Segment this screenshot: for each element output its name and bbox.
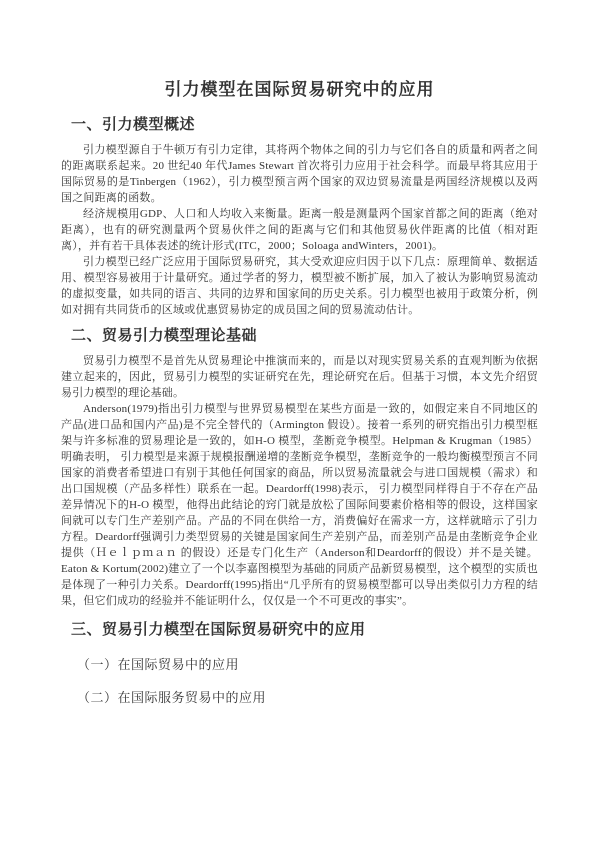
document-title: 引力模型在国际贸易研究中的应用 — [61, 77, 538, 102]
section-1-paragraph-1: 引力模型源自于牛顿万有引力定律，其将两个物体之间的引力与它们各自的质量和两者之间… — [61, 142, 538, 206]
document-page: 引力模型在国际贸易研究中的应用 一、引力模型概述 引力模型源自于牛顿万有引力定律… — [0, 0, 600, 850]
section-1-paragraph-2: 经济规模用GDP、人口和人均收入来衡量。距离一般是测量两个国家首都之间的距离（绝… — [61, 206, 538, 254]
section-2-paragraph-2: Anderson(1979)指出引力模型与世界贸易模型在某些方面是一致的，如假定… — [61, 401, 538, 609]
section-2-heading: 二、贸易引力模型理论基础 — [71, 325, 538, 347]
section-1-paragraph-3: 引力模型已经广泛应用于国际贸易研究，其大受欢迎应归因于以下几点：原理简单、数据适… — [61, 254, 538, 318]
section-3-subheading-2: （二）在国际服务贸易中的应用 — [77, 688, 538, 707]
section-3-heading: 三、贸易引力模型在国际贸易研究中的应用 — [71, 619, 538, 641]
section-2-paragraph-1: 贸易引力模型不是首先从贸易理论中推演而来的，而是以对现实贸易关系的直观判断为依据… — [61, 353, 538, 401]
section-3-subheading-1: （一）在国际贸易中的应用 — [77, 655, 538, 674]
section-1-heading: 一、引力模型概述 — [71, 114, 538, 136]
